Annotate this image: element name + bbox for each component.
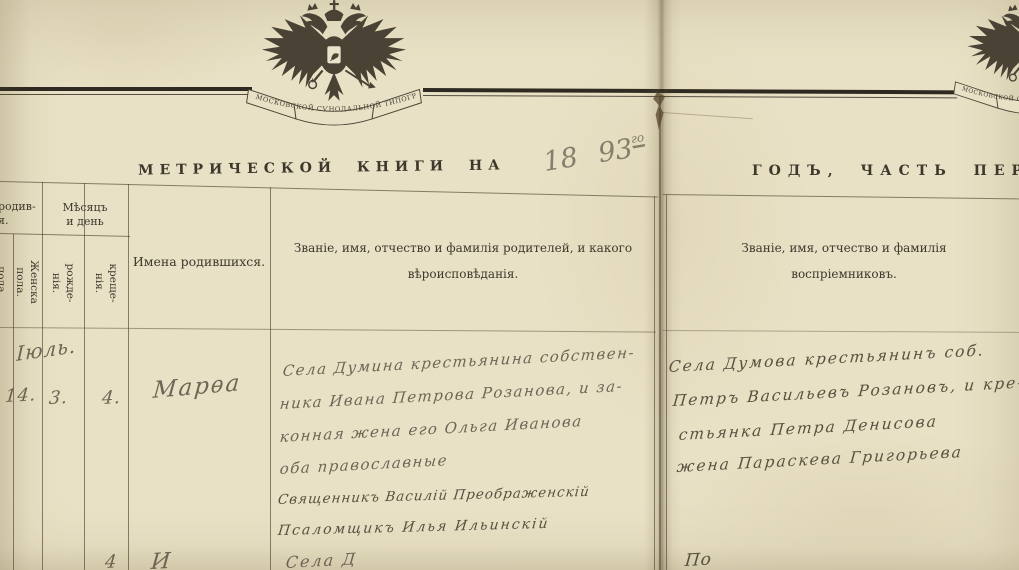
table-top-line-right <box>663 194 1019 200</box>
masthead-rule-left-thick <box>0 87 252 91</box>
godparents-line-4: жена Параскева Григорьева <box>676 443 964 476</box>
godparents-line-3: стьянка Петра Денисова <box>678 412 939 444</box>
parents-line-4: оба православные <box>279 451 449 478</box>
col-parents-header: Званіе, имя, отчество и фамилія родителе… <box>276 240 650 283</box>
masthead-rule-right-thick <box>423 88 957 94</box>
year-value: 93 <box>596 133 635 169</box>
imperial-eagle-emblem-right: МОСКОВСКОЙ СѴНОД <box>947 0 1019 128</box>
col-names-header: Имена родившихся. <box>130 253 268 271</box>
next-entry-parents-fragment: Села Д <box>285 549 358 570</box>
clergy-line-2: Псаломщикъ Илья Ильинскій <box>277 516 550 539</box>
count-header-fragment: родив- я. <box>0 200 38 229</box>
year-prefix: 18 <box>541 142 580 178</box>
page-fold-shadow <box>644 0 682 570</box>
col-birth-header: рожде- нія. <box>49 238 77 328</box>
entry-day-baptized: 4. <box>101 387 122 409</box>
page-fold-line <box>659 96 661 570</box>
col-line-6 <box>654 196 655 570</box>
masthead-title-left: МЕТРИЧЕСКОЙ КНИГИ НА <box>138 157 506 178</box>
year-suffix: го <box>630 130 645 147</box>
table-top-line-left <box>0 181 658 198</box>
col-female-header: Женска пола. <box>13 237 41 327</box>
col-godparents-header: Званіе, имя, отчество и фамилія воспріем… <box>676 240 1012 283</box>
entry-count-female: 14. <box>4 384 37 407</box>
entry-day-born: 3. <box>48 387 69 409</box>
paper-texture-overlay <box>0 0 1019 570</box>
month-day-header: Мѣсяцъ и день <box>42 201 128 230</box>
godparents-line-2: Петръ Васильевъ Розановъ, и кре- <box>672 373 1019 410</box>
year-handwritten: 18 93го <box>541 130 648 178</box>
godparents-line-1: Села Думова крестьянинъ соб. <box>668 341 986 376</box>
masthead-rule-left-thin <box>0 94 252 95</box>
next-entry-day-fragment: 4 <box>104 551 118 570</box>
masthead-title-right: ГОДЪ, ЧАСТЬ ПЕРВ <box>752 163 1019 179</box>
masthead-rule-right-thin <box>423 95 957 98</box>
clergy-line-1: Священникъ Василій Преображенскій <box>277 484 591 508</box>
header-bottom-line-right <box>663 330 1019 333</box>
next-entry-name-fragment: И <box>150 549 172 570</box>
fold-crease <box>663 112 753 119</box>
parents-line-1: Села Думина крестьянина собствен- <box>282 343 636 380</box>
parents-line-2: ника Ивана Петрова Розанова, и за- <box>279 377 624 413</box>
entry-month: Іюль. <box>16 333 77 366</box>
col-baptism-header: креще- нія. <box>92 238 120 328</box>
parents-line-3: конная жена его Ольга Иванова <box>279 412 583 446</box>
metrical-book-scan: МОСКОВСКОЙ СѴНОДАЛЬНОЙ ТИПОГРАФІИ МОСКОВ… <box>0 0 1019 570</box>
col-line-4 <box>128 184 129 570</box>
entry-name: Марѳа <box>152 370 242 404</box>
col-line-5 <box>270 187 271 570</box>
col-line-3 <box>84 183 85 570</box>
next-entry-godparents-fragment: По <box>684 549 713 570</box>
col-line-2 <box>42 182 43 570</box>
imperial-eagle-emblem-center: МОСКОВСКОЙ СѴНОДАЛЬНОЙ ТИПОГРАФІИ <box>239 0 429 141</box>
right-page-left-border <box>666 195 667 570</box>
fold-tear <box>650 92 666 130</box>
